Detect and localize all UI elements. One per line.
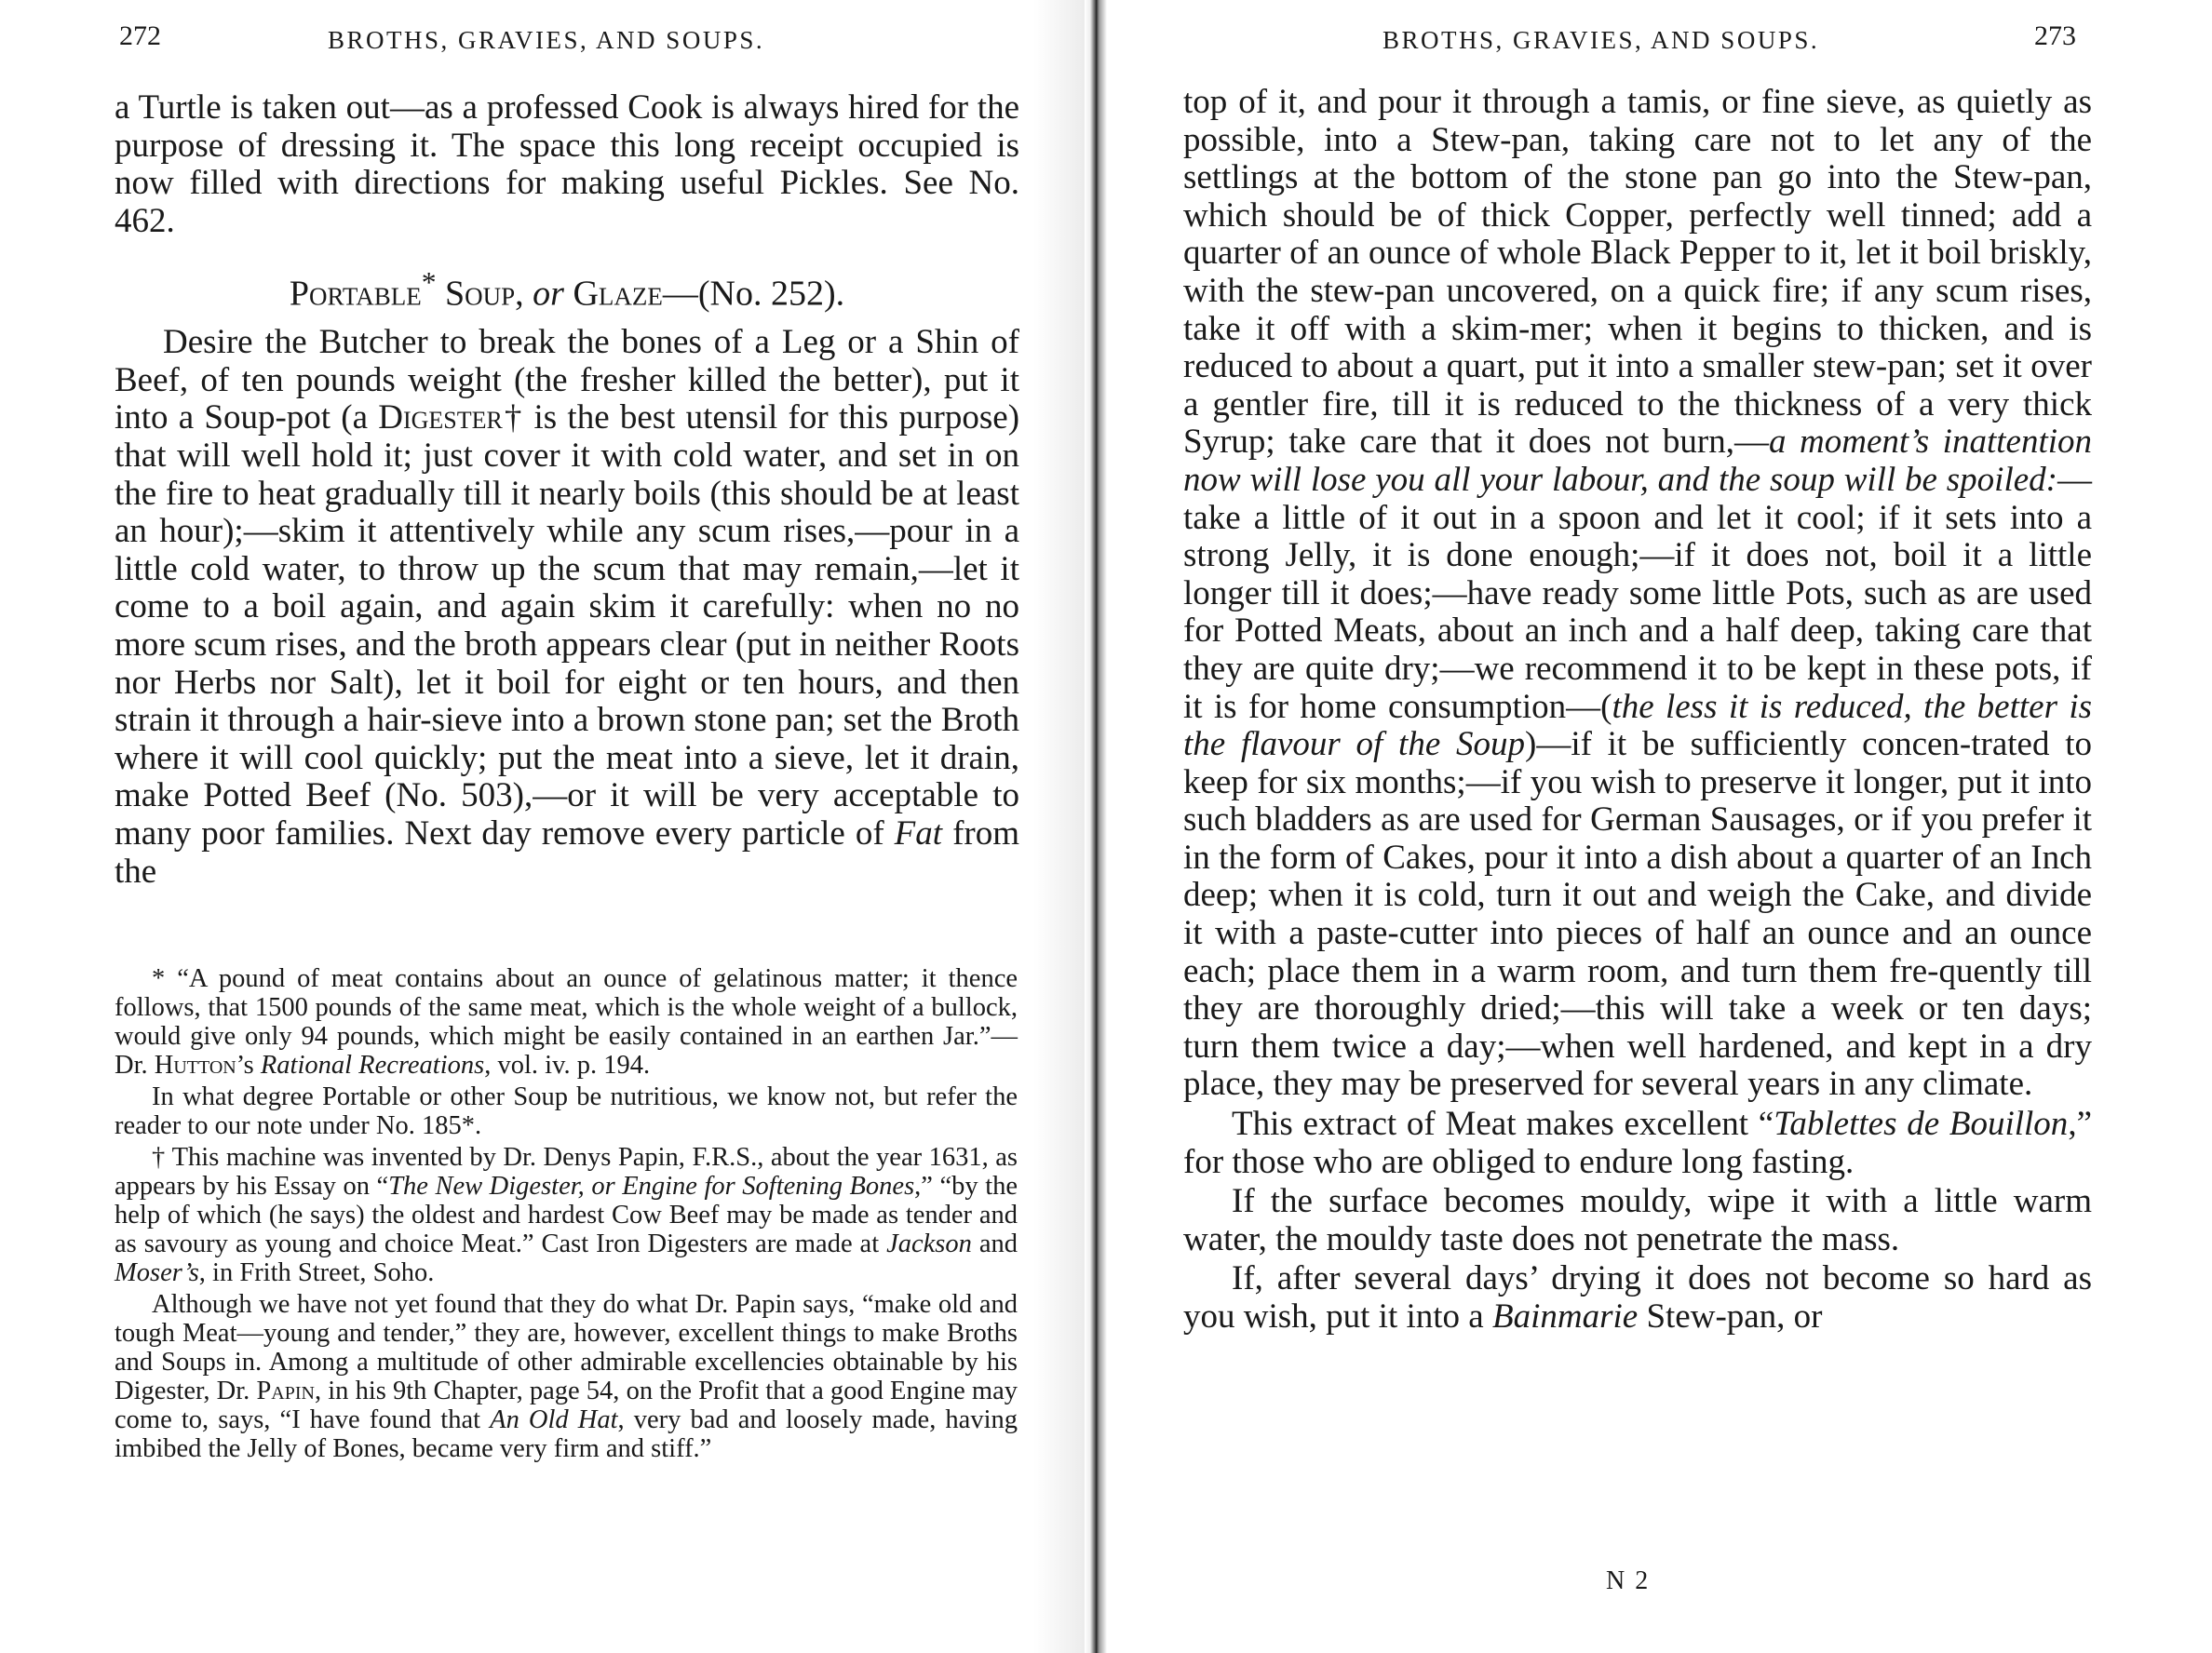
essay-title: The New Digester, or Engine for Softenin…: [388, 1172, 914, 1201]
carryover-text: a Turtle is taken out—as a professed Coo…: [115, 89, 1019, 240]
signature-mark: N 2: [1606, 1566, 1650, 1596]
footnote-text: , in Frith Street, Soho.: [199, 1258, 435, 1287]
recipe-number: —(No. 252).: [663, 275, 844, 314]
paragraph-bainmarie: If, after several days’ drying it does n…: [1183, 1260, 2092, 1336]
running-head: Broths, Gravies, and Soups.: [1382, 26, 1819, 55]
page-number: 273: [2034, 20, 2076, 52]
recipe-heading: Portable* Soup, or Glaze—(No. 252).: [115, 264, 1019, 313]
digester-term: Digester: [378, 398, 503, 437]
recipe-body: Desire the Butcher to break the bones of…: [115, 324, 1019, 891]
footnote-marker-dagger: †: [503, 398, 523, 437]
bainmarie-italic: Bainmarie: [1492, 1297, 1638, 1336]
old-hat-italic: An Old Hat: [490, 1405, 617, 1434]
body-text: top of it, and pour it through a tamis, …: [1183, 83, 2092, 461]
footnote-nutrition: In what degree Portable or other Soup be…: [115, 1082, 1018, 1140]
footnote-asterisk: * “A pound of meat contains about an oun…: [115, 964, 1018, 1080]
main-text: top of it, and pour it through a tamis, …: [1183, 84, 2092, 1337]
body-text: Stew-pan, or: [1638, 1297, 1822, 1336]
paragraph-tablettes: This extract of Meat makes excellent “Ta…: [1183, 1106, 2092, 1181]
page-number: 272: [119, 20, 161, 52]
paragraph-mouldy: If the surface becomes mouldy, wipe it w…: [1183, 1183, 2092, 1258]
body-text: This extract of Meat makes excellent “: [1232, 1105, 1774, 1143]
footnote-papin: Although we have not yet found that they…: [115, 1290, 1018, 1463]
right-page: Broths, Gravies, and Soups. 273 top of i…: [1103, 0, 2212, 1653]
paragraph-method: top of it, and pour it through a tamis, …: [1183, 84, 2092, 1104]
heading-word-glaze: Glaze: [573, 275, 662, 314]
maker-name: Jackson: [886, 1230, 972, 1258]
body-text: —take a little of it out in a spoon and …: [1183, 461, 2092, 726]
author-name: Hutton: [155, 1051, 236, 1080]
carryover-paragraph: a Turtle is taken out—as a professed Coo…: [115, 89, 1019, 240]
footnote-text: and: [972, 1230, 1018, 1258]
footnote-marker-asterisk: *: [422, 266, 437, 299]
heading-word-portable: Portable: [290, 275, 422, 314]
maker-name: Moser’s: [115, 1258, 199, 1287]
footnote-dagger: † This machine was invented by Dr. Denys…: [115, 1143, 1018, 1287]
body-text: is the best utensil for this purpose) th…: [115, 398, 1019, 853]
heading-connector: or: [533, 275, 564, 314]
gutter-shadow: [1033, 0, 1089, 1653]
footnote-text: ’s: [236, 1051, 261, 1080]
footnotes: * “A pound of meat contains about an oun…: [115, 964, 1018, 1466]
fat-italic: Fat: [895, 814, 942, 853]
left-page: 272 Broths, Gravies, and Soups. a Turtle…: [0, 0, 1089, 1653]
recipe-section: Portable* Soup, or Glaze—(No. 252). Desi…: [115, 244, 1019, 891]
heading-word-soup: Soup,: [445, 275, 524, 314]
running-head: Broths, Gravies, and Soups.: [328, 26, 764, 55]
author-name: Papin: [256, 1377, 315, 1405]
work-title: Rational Recreations: [261, 1051, 484, 1080]
body-text: )—if it be sufficiently concen-trated to…: [1183, 725, 2092, 1103]
footnote-text: , vol. iv. p. 194.: [484, 1051, 650, 1080]
tablettes-italic: Tablettes de Bouillon: [1774, 1105, 2068, 1143]
